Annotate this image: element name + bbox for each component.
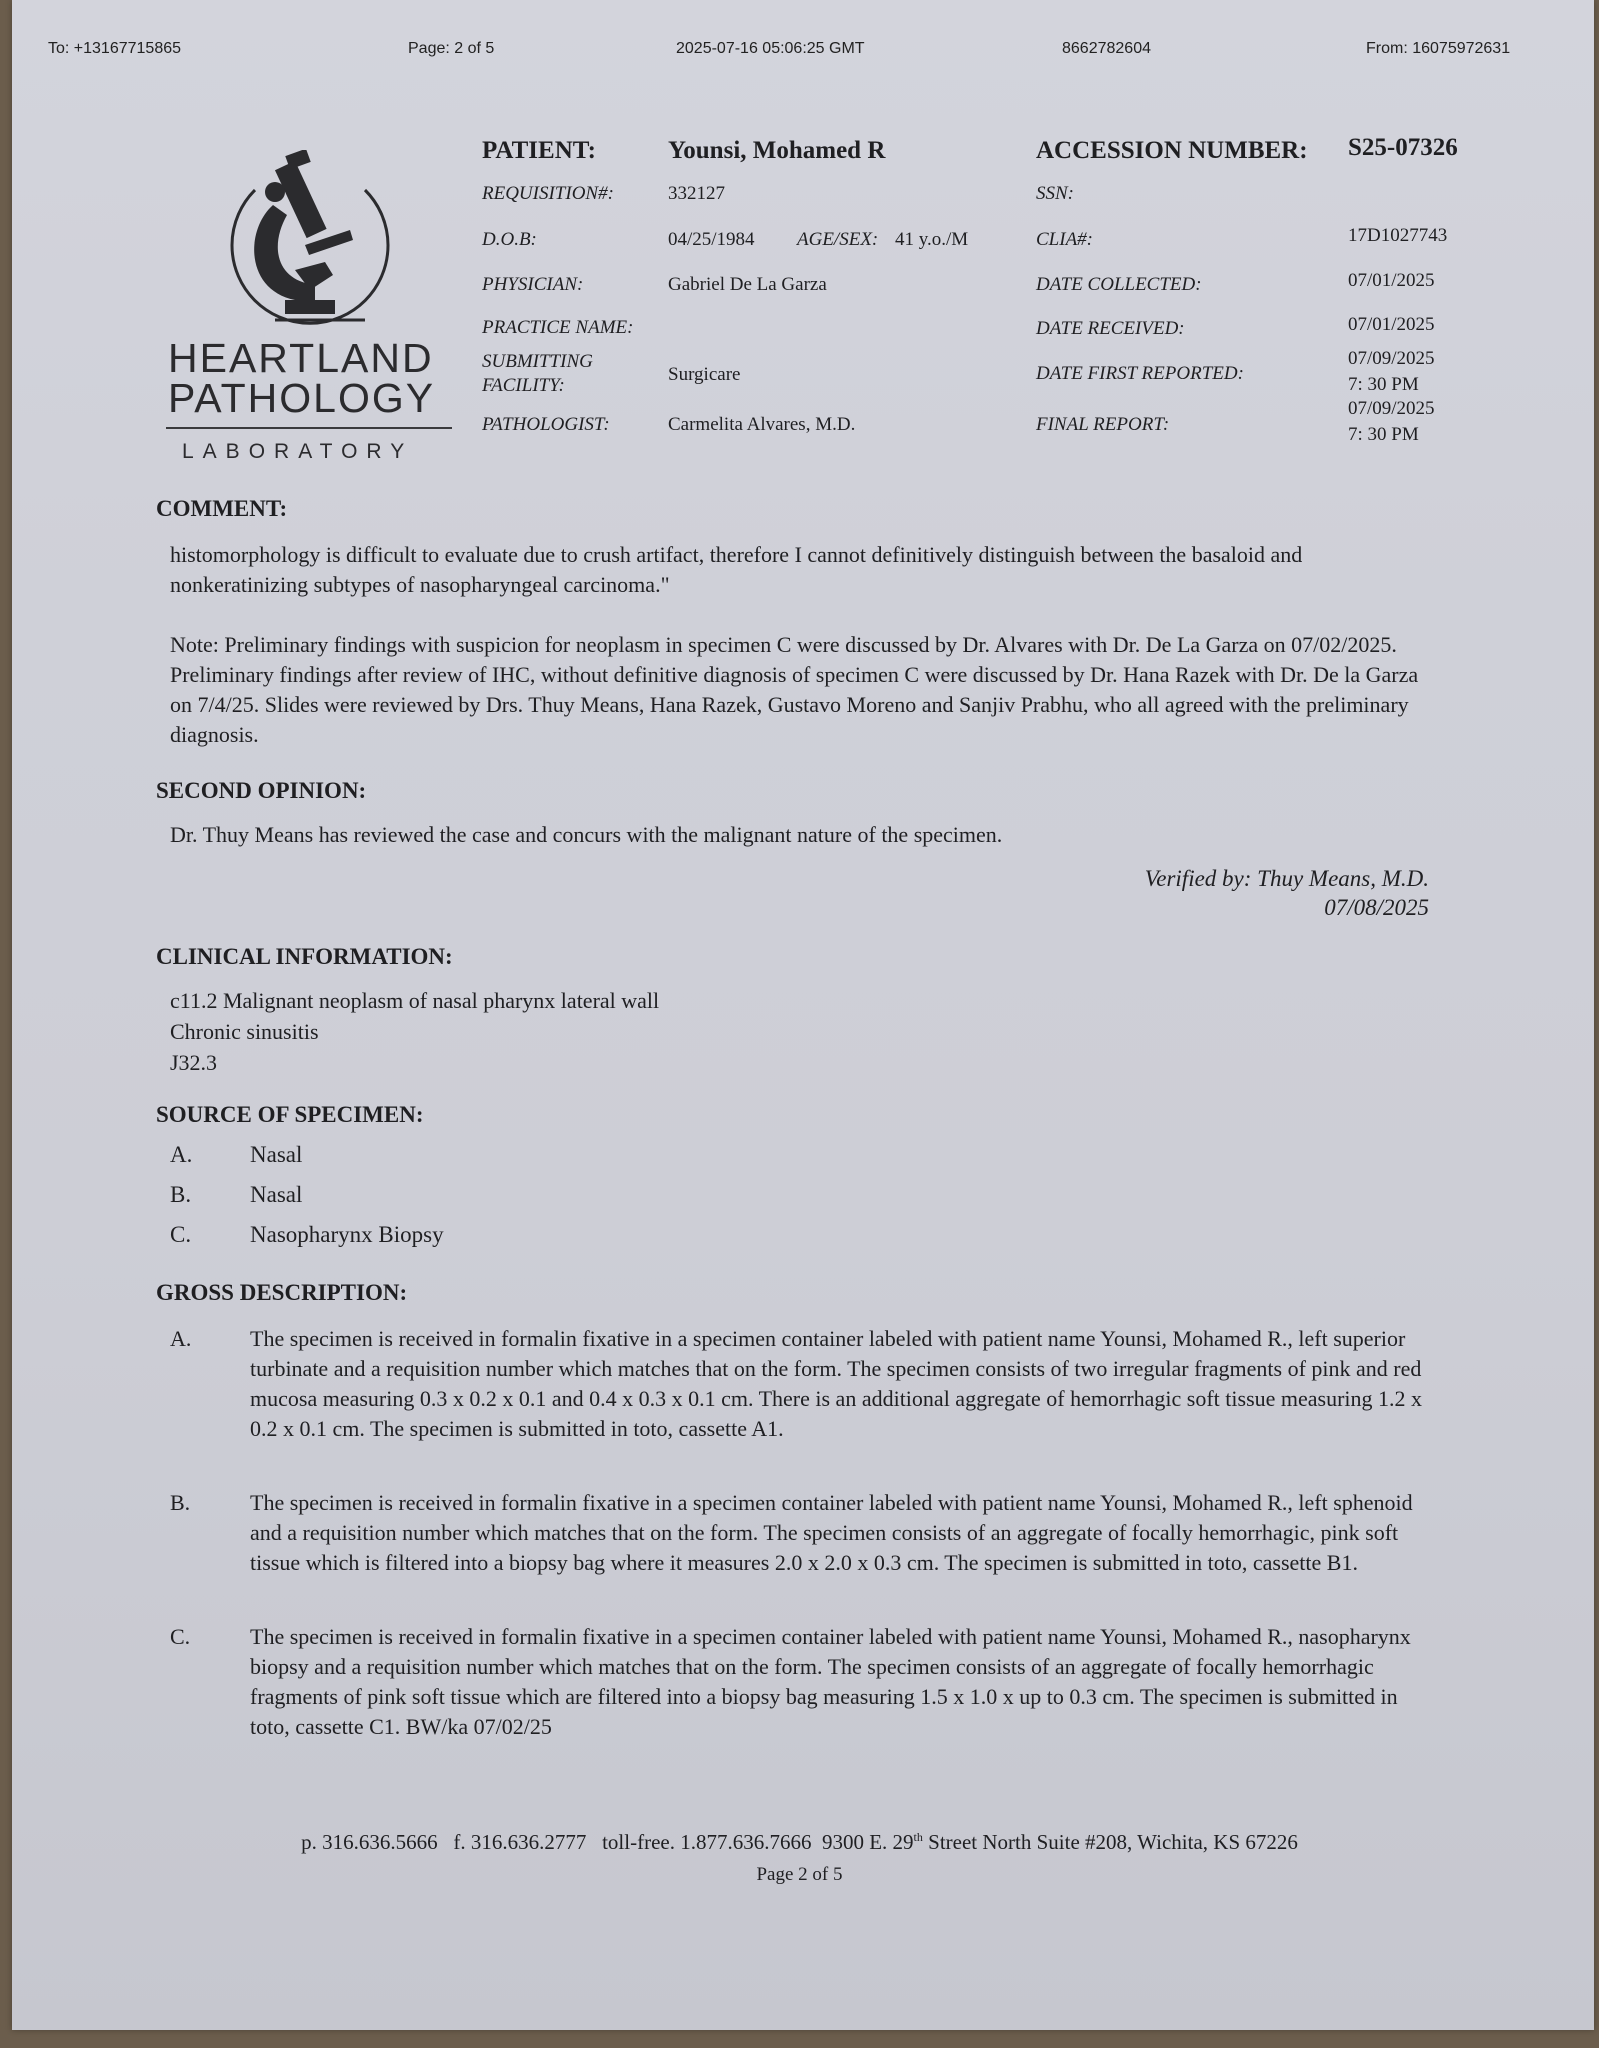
date-collected-label: DATE COLLECTED: — [1036, 274, 1202, 296]
date-collected-value: 07/01/2025 — [1348, 270, 1435, 292]
fax-number: 8662782604 — [1062, 40, 1151, 58]
address-rest: Street North Suite #208, Wichita, KS 672… — [923, 1830, 1298, 1854]
gross-description-item: C. The specimen is received in formalin … — [170, 1622, 1430, 1742]
accession-value: S25-07326 — [1348, 134, 1458, 162]
lab-logo: HEARTLAND PATHOLOGY LABORATORY — [160, 150, 460, 470]
specimen-source: Nasopharynx Biopsy — [250, 1222, 444, 1248]
practice-name-label: PRACTICE NAME: — [482, 317, 633, 339]
gross-letter: B. — [170, 1488, 190, 1518]
address-ordinal: th — [914, 1830, 923, 1844]
lab-fax: f. 316.636.2777 — [453, 1830, 586, 1854]
logo-text-laboratory: LABORATORY — [182, 440, 413, 464]
address-street-number: 9300 E. 29 — [822, 1830, 914, 1854]
age-sex-label: AGE/SEX: — [797, 229, 878, 251]
comment-heading: COMMENT: — [156, 496, 287, 522]
gross-description-heading: GROSS DESCRIPTION: — [156, 1280, 407, 1306]
final-report-time: 7: 30 PM — [1348, 424, 1419, 446]
specimen-source: Nasal — [250, 1142, 302, 1168]
gross-letter: C. — [170, 1622, 190, 1652]
clinical-info-line: c11.2 Malignant neoplasm of nasal pharyn… — [170, 985, 659, 1016]
lab-toll-free: toll-free. 1.877.636.7666 — [602, 1830, 811, 1854]
footer-page-number: Page 2 of 5 — [0, 1864, 1599, 1886]
clia-value: 17D1027743 — [1348, 225, 1447, 247]
ssn-label: SSN: — [1036, 183, 1074, 205]
specimen-letter: A. — [170, 1142, 192, 1168]
gross-text: The specimen is received in formalin fix… — [250, 1488, 1430, 1578]
physician-label: PHYSICIAN: — [482, 274, 583, 296]
final-report-date: 07/09/2025 — [1348, 398, 1435, 420]
clinical-info-line: Chronic sinusitis — [170, 1016, 659, 1047]
requisition-label: REQUISITION#: — [482, 183, 614, 205]
second-opinion-heading: SECOND OPINION: — [156, 778, 366, 804]
specimen-letter: C. — [170, 1222, 191, 1248]
clia-label: CLIA#: — [1036, 229, 1093, 251]
microscope-icon — [215, 150, 405, 330]
verified-by-date: 07/08/2025 — [1145, 893, 1429, 922]
fax-timestamp: 2025-07-16 05:06:25 GMT — [676, 40, 865, 58]
date-received-label: DATE RECEIVED: — [1036, 318, 1185, 340]
fax-to: To: +13167715865 — [48, 40, 181, 58]
date-received-value: 07/01/2025 — [1348, 314, 1435, 336]
dob-value: 04/25/1984 — [668, 229, 755, 251]
gross-description-item: A. The specimen is received in formalin … — [170, 1324, 1430, 1444]
patient-label: PATIENT: — [482, 137, 596, 165]
lab-contact-footer: p. 316.636.5666 f. 316.636.2777 toll-fre… — [0, 1830, 1599, 1855]
clinical-info-list: c11.2 Malignant neoplasm of nasal pharyn… — [170, 985, 659, 1078]
fax-page-number: Page: 2 of 5 — [408, 40, 494, 58]
submitting-facility-value: Surgicare — [668, 364, 740, 386]
logo-text-pathology: PATHOLOGY — [168, 375, 435, 422]
verified-by-block: Verified by: Thuy Means, M.D. 07/08/2025 — [1145, 864, 1429, 922]
comment-text: histomorphology is difficult to evaluate… — [170, 540, 1430, 600]
gross-description-item: B. The specimen is received in formalin … — [170, 1488, 1430, 1578]
gross-text: The specimen is received in formalin fix… — [250, 1324, 1430, 1444]
clinical-info-heading: CLINICAL INFORMATION: — [156, 944, 453, 970]
dob-label: D.O.B: — [482, 229, 537, 251]
gross-text: The specimen is received in formalin fix… — [250, 1622, 1430, 1742]
specimen-letter: B. — [170, 1182, 191, 1208]
verified-by-name: Verified by: Thuy Means, M.D. — [1145, 864, 1429, 893]
source-of-specimen-heading: SOURCE OF SPECIMEN: — [156, 1102, 424, 1128]
lab-address: 9300 E. 29th Street North Suite #208, Wi… — [822, 1830, 1298, 1854]
pathologist-label: PATHOLOGIST: — [482, 414, 610, 436]
logo-divider — [166, 427, 452, 429]
date-first-reported-time: 7: 30 PM — [1348, 374, 1419, 396]
date-first-reported-date: 07/09/2025 — [1348, 348, 1435, 370]
requisition-value: 332127 — [668, 183, 725, 205]
accession-label: ACCESSION NUMBER: — [1036, 137, 1308, 165]
final-report-label: FINAL REPORT: — [1036, 414, 1169, 436]
specimen-source: Nasal — [250, 1182, 302, 1208]
patient-name: Younsi, Mohamed R — [668, 137, 885, 165]
gross-letter: A. — [170, 1324, 191, 1354]
fax-from: From: 16075972631 — [1366, 40, 1510, 58]
pathologist-value: Carmelita Alvares, M.D. — [668, 414, 855, 436]
date-first-reported-label: DATE FIRST REPORTED: — [1036, 363, 1244, 385]
age-sex-value: 41 y.o./M — [895, 229, 968, 251]
lab-phone: p. 316.636.5666 — [301, 1830, 438, 1854]
physician-value: Gabriel De La Garza — [668, 274, 827, 296]
second-opinion-text: Dr. Thuy Means has reviewed the case and… — [170, 820, 1430, 850]
submitting-facility-label: SUBMITTING FACILITY: — [482, 350, 642, 398]
comment-note: Note: Preliminary findings with suspicio… — [170, 630, 1430, 750]
clinical-info-line: J32.3 — [170, 1047, 659, 1078]
